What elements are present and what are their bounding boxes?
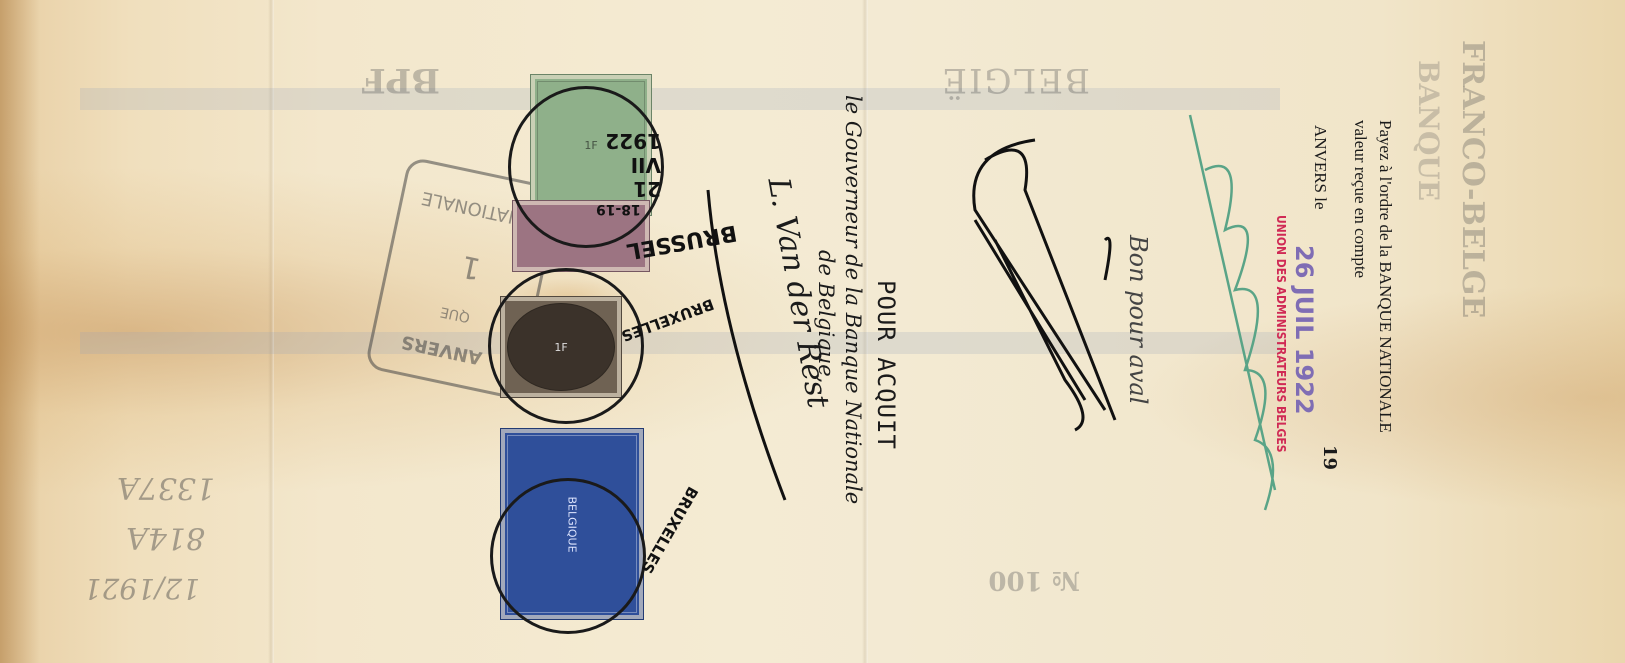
pencil-note: 1337A — [117, 470, 215, 505]
order-year: 19 — [1319, 445, 1340, 470]
postmark-top: 21 VII 1922 BRUSSEL 18-19 — [508, 86, 664, 248]
postmark-bottom: BRUXELLES — [490, 478, 646, 634]
printed-label: BPF — [362, 60, 440, 100]
aval-note: Bon pour aval — [1124, 235, 1152, 404]
printed-band — [80, 88, 1280, 110]
bill-of-exchange-document: BELGIË BPF № 100 1337A 814A 12/1921 NATI… — [0, 0, 1625, 663]
faint-bank-name: BANQUE — [1412, 60, 1445, 201]
postmark-city: BRUXELLES — [637, 483, 701, 576]
endorsement-heading: POUR ACQUIT — [872, 280, 900, 450]
date-stamp: 26 JUIL 1922 — [1290, 245, 1318, 415]
pencil-note: 814A — [126, 520, 205, 555]
order-line-2: valeur reçue en compte — [1350, 120, 1370, 278]
paper-stain-left — [0, 0, 40, 663]
postmark-time: 18-19 — [596, 201, 641, 217]
box-stamp-text: ANVERS — [399, 331, 484, 369]
amount-box: № 100 — [988, 565, 1080, 595]
pencil-note: 12/1921 — [84, 572, 200, 605]
faint-bank-name: FRANCO-BELGE — [1455, 40, 1490, 318]
printed-header: BELGIË — [940, 60, 1090, 100]
red-admin-stamp: UNION DES ADMINISTRATEURS BELGES — [1274, 215, 1288, 453]
box-stamp-text: QUE — [439, 303, 472, 325]
endorsement-line1: le Gouverneur de la Banque Nationale — [841, 95, 865, 504]
order-line-1: Payez à l'ordre de la BANQUE NATIONALE — [1375, 120, 1395, 433]
postmark-date: 21 VII 1922 — [601, 129, 661, 201]
box-stamp-text: 1 — [458, 248, 484, 286]
signature-underline — [700, 180, 800, 510]
main-signature-icon — [955, 130, 1135, 440]
order-line-3: ANVERS le — [1310, 125, 1330, 210]
box-stamp-text: NATIONALE — [420, 187, 524, 229]
postmark-middle: BRUXELLES — [488, 268, 644, 424]
